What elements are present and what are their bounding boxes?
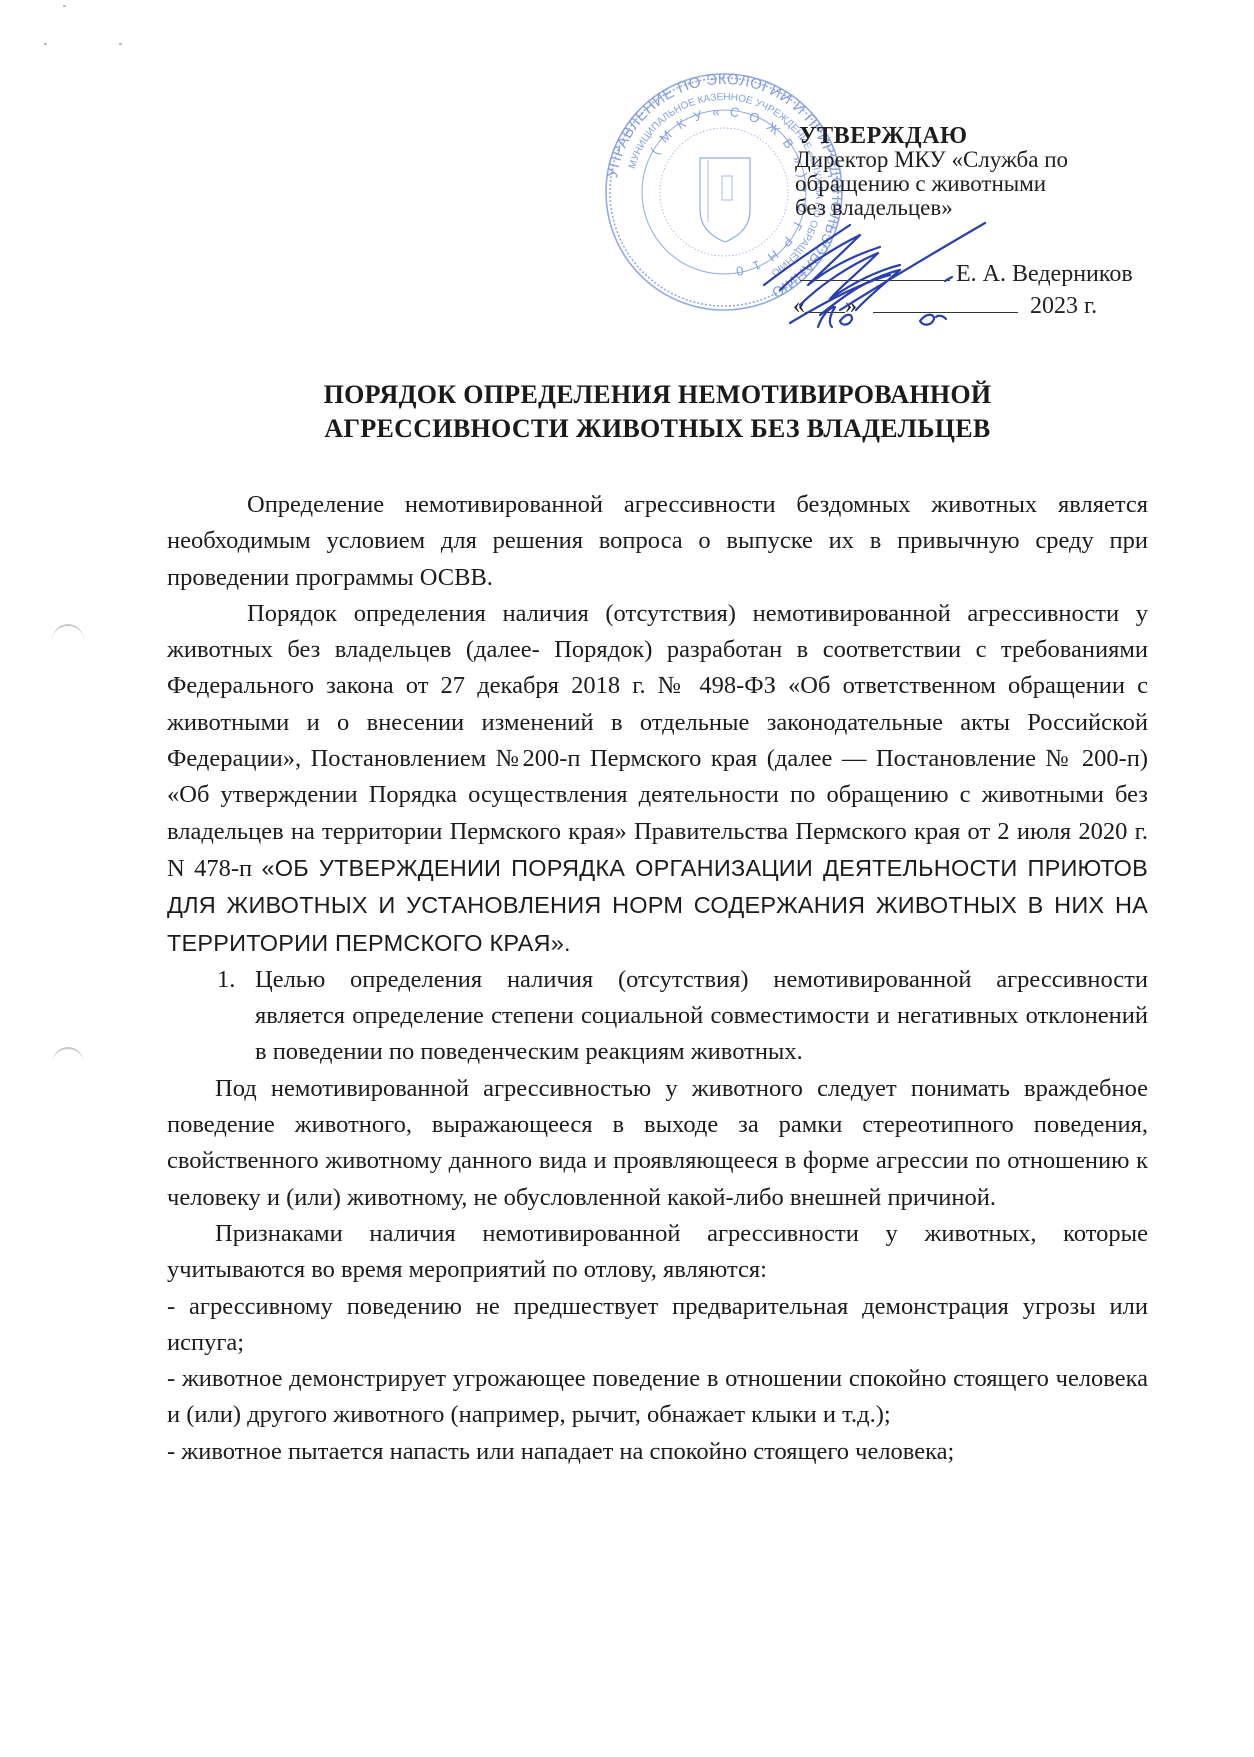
date-year: 2023 г. xyxy=(1030,293,1097,319)
legal-basis-text: Порядок определения наличия (отсутствия)… xyxy=(167,600,1148,882)
paragraph-legal-basis: Порядок определения наличия (отсутствия)… xyxy=(167,596,1148,962)
scan-speck xyxy=(44,43,47,45)
paragraph-definition: Под немотивированной агрессивностью у жи… xyxy=(167,1071,1148,1216)
document-page: УПРАВЛЕНИЕ ПО ЭКОЛОГИИ И ПРИРОДОПОЛЬЗОВА… xyxy=(0,0,1254,1757)
approval-block: УТВЕРЖДАЮ Директор МКУ «Служба по обраще… xyxy=(795,124,1068,220)
approval-line: Директор МКУ «Служба по xyxy=(795,148,1068,172)
list-number: 1. xyxy=(167,962,255,1071)
scan-speck xyxy=(63,5,66,7)
sign-item: - агрессивному поведению не предшествует… xyxy=(167,1289,1148,1362)
paragraph-signs-intro: Признаками наличия немотивированной агре… xyxy=(167,1216,1148,1289)
handwritten-signature-icon xyxy=(760,215,990,335)
title-line-2: АГРЕССИВНОСТИ ЖИВОТНЫХ БЕЗ ВЛАДЕЛЬЦЕВ xyxy=(167,412,1148,446)
punch-hole-mark xyxy=(52,624,84,658)
approval-line: обращению с животными xyxy=(795,172,1068,196)
sign-item: - животное демонстрирует угрожающее пове… xyxy=(167,1361,1148,1434)
document-body: Определение немотивированной агрессивнос… xyxy=(167,487,1148,1470)
scan-speck xyxy=(119,43,122,45)
document-title: ПОРЯДОК ОПРЕДЕЛЕНИЯ НЕМОТИВИРОВАННОЙ АГР… xyxy=(167,378,1148,446)
sign-item: - животное пытается напасть или нападает… xyxy=(167,1434,1148,1470)
list-text: Целью определения наличия (отсутствия) н… xyxy=(255,962,1148,1071)
paragraph-intro: Определение немотивированной агрессивнос… xyxy=(167,487,1148,596)
title-line-1: ПОРЯДОК ОПРЕДЕЛЕНИЯ НЕМОТИВИРОВАННОЙ xyxy=(167,378,1148,412)
list-item-1: 1. Целью определения наличия (отсутствия… xyxy=(167,962,1148,1071)
legal-basis-caps: «ОБ УТВЕРЖДЕНИИ ПОРЯДКА ОРГАНИЗАЦИИ ДЕЯТ… xyxy=(167,855,1148,956)
punch-hole-mark xyxy=(52,1047,84,1081)
approval-heading: УТВЕРЖДАЮ xyxy=(799,124,1068,148)
